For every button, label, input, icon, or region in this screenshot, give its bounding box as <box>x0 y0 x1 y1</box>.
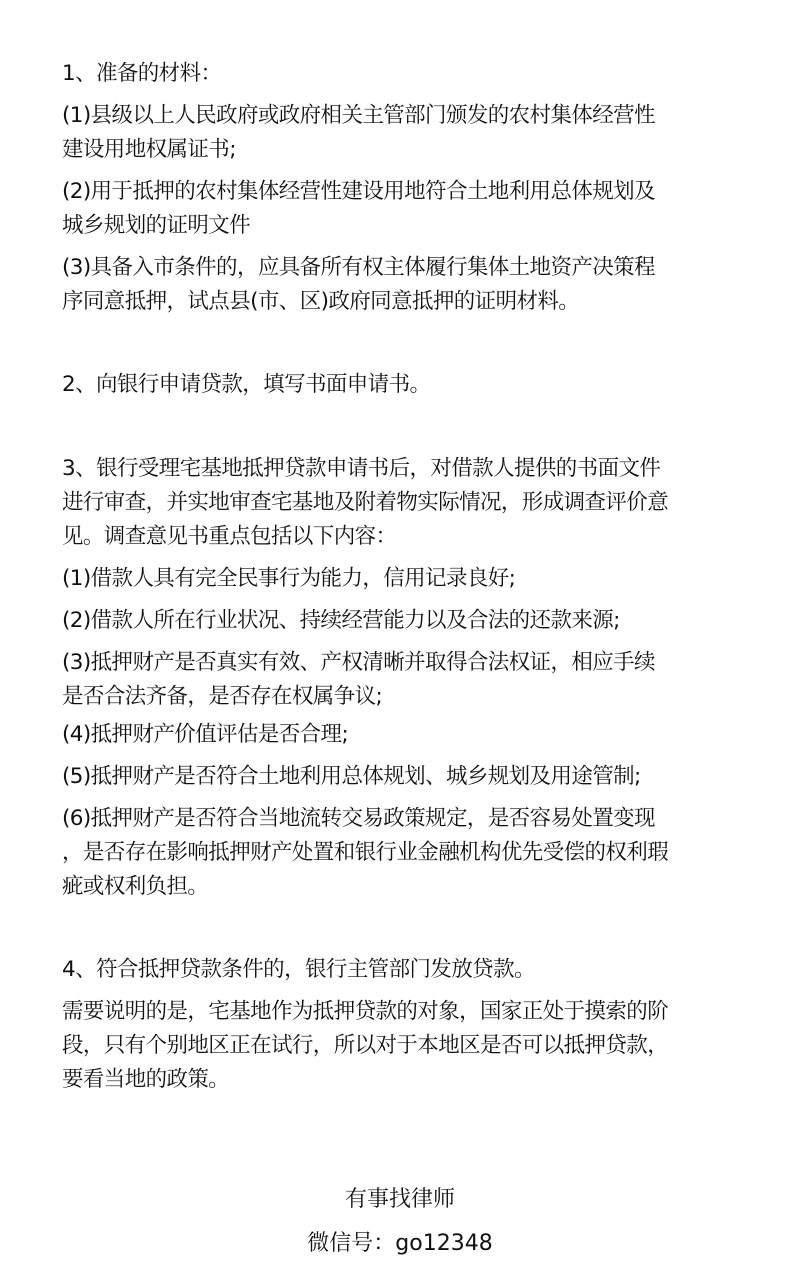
section-3-item-2: (2)借款人所在行业状况、持续经营能力以及合法的还款来源; <box>62 604 752 638</box>
section-1-item-2-line-2: 城乡规划的证明文件 <box>62 209 752 243</box>
section-3-item-6-line-2: ，是否存在影响抵押财产处置和银行业金融机构优先受偿的权利瑕 <box>62 836 752 870</box>
section-4-note-line-1: 需要说明的是，宅基地作为抵押贷款的对象，国家正处于摸索的阶 <box>62 995 752 1029</box>
footer-slogan: 有事找律师 <box>0 1183 800 1217</box>
section-1-item-1-line-1: (1)县级以上人民政府或政府相关主管部门颁发的农村集体经营性 <box>62 99 752 133</box>
section-3-heading-line-2: 进行审查，并实地审查宅基地及附着物实际情况，形成调查评价意 <box>62 486 752 520</box>
section-1-heading: 1、准备的材料： <box>62 57 752 91</box>
section-3-item-6-line-3: 疵或权利负担。 <box>62 870 752 904</box>
section-3-item-4: (4)抵押财产价值评估是否合理; <box>62 718 752 752</box>
footer-wechat-id: 微信号：go12348 <box>0 1227 800 1261</box>
section-3-item-1: (1)借款人具有完全民事行为能力，信用记录良好; <box>62 562 752 596</box>
section-1-item-3-line-1: (3)具备入市条件的，应具备所有权主体履行集体土地资产决策程 <box>62 251 752 285</box>
section-3-item-3-line-2: 是否合法齐备，是否存在权属争议; <box>62 680 752 714</box>
section-4-heading: 4、符合抵押贷款条件的，银行主管部门发放贷款。 <box>62 953 752 987</box>
section-2-heading: 2、向银行申请贷款，填写书面申请书。 <box>62 368 752 402</box>
section-3-item-5: (5)抵押财产是否符合土地利用总体规划、城乡规划及用途管制; <box>62 760 752 794</box>
section-3-heading-line-1: 3、银行受理宅基地抵押贷款申请书后，对借款人提供的书面文件 <box>62 452 752 486</box>
section-1-item-2-line-1: (2)用于抵押的农村集体经营性建设用地符合土地利用总体规划及 <box>62 175 752 209</box>
section-3-item-6-line-1: (6)抵押财产是否符合当地流转交易政策规定，是否容易处置变现 <box>62 802 752 836</box>
section-4-note-line-2: 段，只有个别地区正在试行，所以对于本地区是否可以抵押贷款， <box>62 1029 752 1063</box>
section-1-item-1-line-2: 建设用地权属证书; <box>62 133 752 167</box>
section-3-item-3-line-1: (3)抵押财产是否真实有效、产权清晰并取得合法权证，相应手续 <box>62 646 752 680</box>
section-3-heading-line-3: 见。调查意见书重点包括以下内容： <box>62 520 752 554</box>
section-4-note-line-3: 要看当地的政策。 <box>62 1063 752 1097</box>
section-1-item-3-line-2: 序同意抵押，试点县(市、区)政府同意抵押的证明材料。 <box>62 285 752 319</box>
